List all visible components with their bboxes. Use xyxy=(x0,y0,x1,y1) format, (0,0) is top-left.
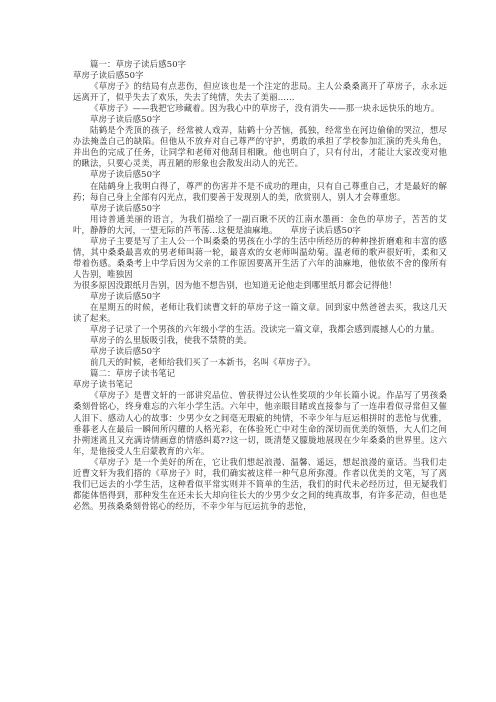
paragraph: 草房子记录了一个男孩的六年级小学的生活。没读完一篇文章，我都会感到震撼人心的力量… xyxy=(73,324,447,335)
paragraph: 《草房子》的结局有点悲伤，但应该也是一个注定的悲局。主人公桑桑离开了草房子，永永… xyxy=(73,81,447,103)
section-heading-2: 篇二：草房子读书笔记 xyxy=(73,368,447,379)
subheading: 草房子读后感50字 xyxy=(73,169,447,180)
paragraph: 在星期五的时候，老师让我们读曹文轩的草房子这一篇文章。回到家中然爸爸去买，我这几… xyxy=(73,302,447,324)
paragraph: 草房子主要是写了主人公一个叫桑桑的男孩在小学的生活中所经历的种种挫折磨难和丰富的… xyxy=(73,236,447,280)
paragraph: 在陆鹤身上我明白得了，尊严的伤害并不是不成功的理由，只有自己尊重自己，才是最好的… xyxy=(73,181,447,203)
paragraph: 草房子的么里版吸引我，使我不禁赞的美。 xyxy=(73,335,447,346)
subheading: 草房子读后感50字 xyxy=(73,346,447,357)
section-heading-1: 篇一：草房子读后感50字 xyxy=(73,59,447,70)
subheading: 草房子读书笔记 xyxy=(73,379,447,390)
paragraph: 前几天的时候，老师给我们买了一本新书，名叫《草房子》。 xyxy=(73,357,447,368)
paragraph: 用诗普通美丽的语言，为我们描绘了一副百瞅不厌的江南水墨画：金色的草房子，苦苦的艾… xyxy=(73,214,447,236)
paragraph: 《草房子》是曹文轩的一部讲究品位、曾获得过公认性奖项的少年长篇小说。作品写了男孩… xyxy=(73,390,447,456)
paragraph: 为很多原因没跟纸月告别，因为他不想告别，也知道无论他走到哪里纸月都会记得他！ xyxy=(73,280,447,291)
subheading: 草房子读后感50字 xyxy=(73,114,447,125)
paragraph: 《草房子》——我把它珍藏着。因为我心中的草房子，没有消失——那一块永远快乐的地方… xyxy=(73,103,447,114)
paragraph: 陆鹤是个秃顶的孩子，经常被人戏弄，陆鹤十分苦恼，孤独，经常坐在河边偷偷的哭泣，想… xyxy=(73,125,447,169)
paragraph: 《草房子》是一个美好的所在，它让我们想起浪漫、温馨、遥远，想起浪漫的童话。当我们… xyxy=(73,457,447,512)
subheading: 草房子读后感50字 xyxy=(73,291,447,302)
document-page: 篇一：草房子读后感50字 草房子读后感50字 《草房子》的结局有点悲伤，但应该也… xyxy=(73,59,447,512)
subheading: 草房子读后感50字 xyxy=(73,203,447,214)
subheading: 草房子读后感50字 xyxy=(73,70,447,81)
